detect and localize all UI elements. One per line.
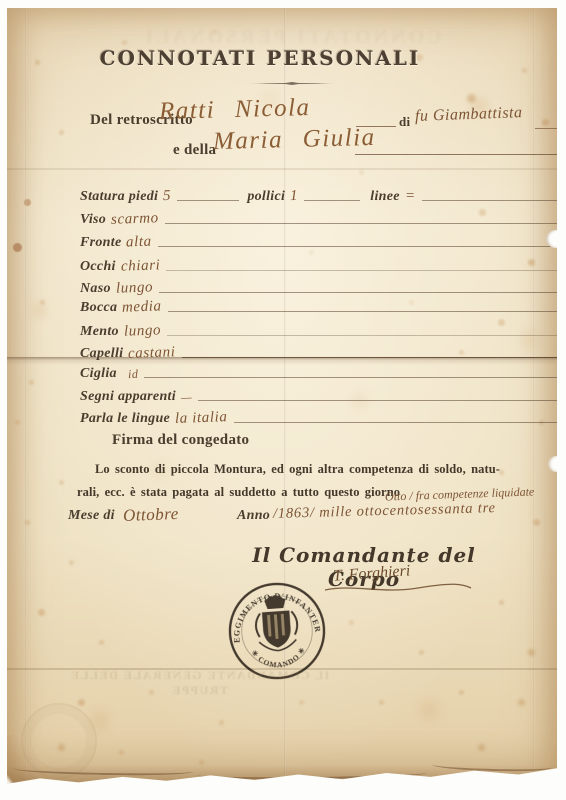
e-della-label: e della (173, 142, 216, 159)
left-fold-crease (25, 8, 27, 787)
attribute-row: Viso scarmo (80, 204, 557, 228)
attribute-row: Parla le lingue la italia (80, 403, 557, 427)
pollici-label: pollici (247, 189, 285, 205)
father-name-handwritten: fu Giambattista (415, 104, 523, 126)
attribute-row: Bocca media (80, 292, 557, 316)
attribute-label: Ciglia (80, 366, 117, 382)
di-label: di (399, 114, 410, 130)
attribute-value-handwritten: media (122, 298, 162, 316)
pollici-value-handwritten: 1 (290, 188, 299, 205)
mese-label: Mese di (68, 508, 115, 524)
ornamental-divider (250, 82, 334, 85)
paper-hole-notch (546, 230, 566, 248)
statura-label: Statura piedi (80, 189, 158, 205)
rule-line (158, 246, 557, 247)
paragraph-line: Lo sconto di piccola Montura, ed ogni al… (77, 458, 519, 481)
attribute-value-handwritten: alta (126, 234, 152, 252)
rule-line (144, 377, 557, 378)
attribute-row: Segni apparenti — (80, 381, 557, 405)
short-rule-line (535, 110, 557, 129)
attribute-label: Fronte (80, 235, 121, 251)
attribute-row: Occhi chiari (80, 251, 557, 275)
firma-congedato-label: Firma del congedato (112, 432, 249, 449)
paper-hole-notch (548, 456, 564, 472)
rule-line (304, 200, 360, 201)
anno-label: Anno (237, 508, 270, 524)
reverse-bleedthrough-text: IL COMANDANTE GENERALE DELLE TRUPPE (67, 668, 332, 698)
stain-blotches (7, 8, 12, 13)
linee-value-handwritten: = (405, 188, 416, 205)
rule-line (168, 311, 557, 312)
rule-line (422, 200, 557, 201)
statura-value-handwritten: 5 (163, 188, 172, 205)
attribute-value-handwritten: id (128, 367, 139, 382)
corner-fold (5, 735, 90, 787)
statura-row: Statura piedi 5 pollici 1 linee = (80, 181, 557, 205)
rule-line (198, 400, 557, 401)
scanned-document-page: CONNOTATI PERSONALI CONNOTATI PERSONALI … (0, 0, 566, 800)
rule-line (165, 223, 557, 224)
rule-line (166, 270, 557, 271)
paper-sheet: CONNOTATI PERSONALI CONNOTATI PERSONALI … (7, 8, 557, 787)
attribute-row: Mento lungo (80, 316, 557, 340)
rule-line (177, 200, 239, 201)
name-handwritten: Ratti Nicola (159, 94, 311, 126)
attribute-label: Parla le lingue (80, 411, 170, 427)
mother-name-handwritten: Maria Giulia (213, 124, 376, 156)
rule-line (234, 422, 557, 423)
attribute-value-handwritten: la italia (175, 409, 228, 428)
mese-handwritten: Ottobre (123, 504, 179, 526)
linee-label: linee (370, 189, 400, 205)
page-title: CONNOTATI PERSONALI (7, 46, 513, 70)
signature-flourish (323, 582, 473, 594)
rule-line (167, 335, 557, 336)
attribute-label: Bocca (80, 300, 117, 316)
attribute-row: Ciglia id (80, 358, 557, 382)
attribute-label: Viso (80, 212, 106, 228)
long-rule-line (355, 136, 557, 155)
horizontal-crease-upper (7, 168, 557, 170)
attribute-row: Fronte alta (80, 227, 557, 251)
